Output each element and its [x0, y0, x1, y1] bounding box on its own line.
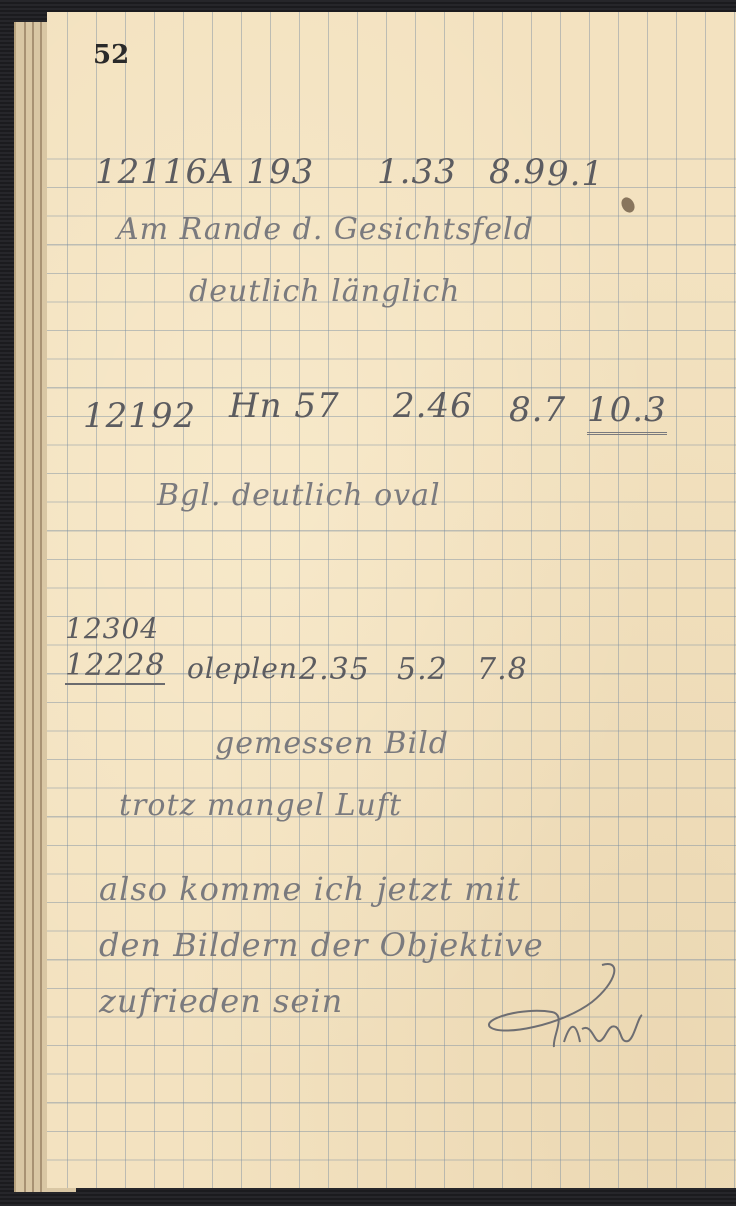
page-edge — [40, 22, 42, 1192]
page-number: 52 — [93, 40, 129, 70]
closing-line-2: den Bildern der Objektive — [99, 926, 544, 964]
entry-2-note-1: Bgl. deutlich oval — [157, 478, 441, 513]
entry-1-note-1: Am Rande d. Gesichtsfeld — [117, 212, 534, 247]
signature: Schorr — [482, 957, 672, 1057]
entry-1-value-2: 8.9 — [489, 152, 546, 192]
entry-2-value-1: 2.46 — [393, 386, 473, 426]
page-edge — [24, 22, 26, 1192]
closing-line-1: also komme ich jetzt mit — [99, 870, 521, 908]
entry-2-id: 12192 — [83, 396, 196, 436]
entry-2-designation: Hn 57 — [229, 386, 340, 426]
page-edge — [32, 22, 34, 1192]
entry-1-id: 12116 — [95, 152, 208, 192]
entry-3-value-2: 5.2 — [397, 652, 448, 687]
entry-1-note-2: deutlich länglich — [189, 274, 461, 309]
entry-2-value-3: 10.3 — [587, 390, 667, 435]
entry-3-value-3: 7.8 — [477, 652, 528, 687]
entry-3-note-2: trotz mangel Luft — [119, 788, 402, 823]
entry-3-value-1: 2.35 — [299, 652, 370, 687]
signature-flourish-icon — [482, 957, 672, 1057]
entry-1-value-3: 9.1 — [547, 154, 604, 194]
entry-3-designation: oleplen — [187, 652, 298, 685]
entry-2-value-2: 8.7 — [509, 390, 566, 430]
entry-1-value-1: 1.33 — [377, 152, 457, 192]
entry-1-designation: A 193 — [209, 152, 314, 192]
closing-line-3: zufrieden sein — [99, 982, 343, 1020]
entry-3-id-top: 12304 — [65, 612, 159, 645]
entry-3-id: 12228 — [65, 648, 165, 685]
entry-3-note-1: gemessen Bild — [215, 726, 449, 761]
notebook-page: 52 12116 A 193 1.33 8.9 9.1 Am Rande d. … — [47, 12, 736, 1188]
